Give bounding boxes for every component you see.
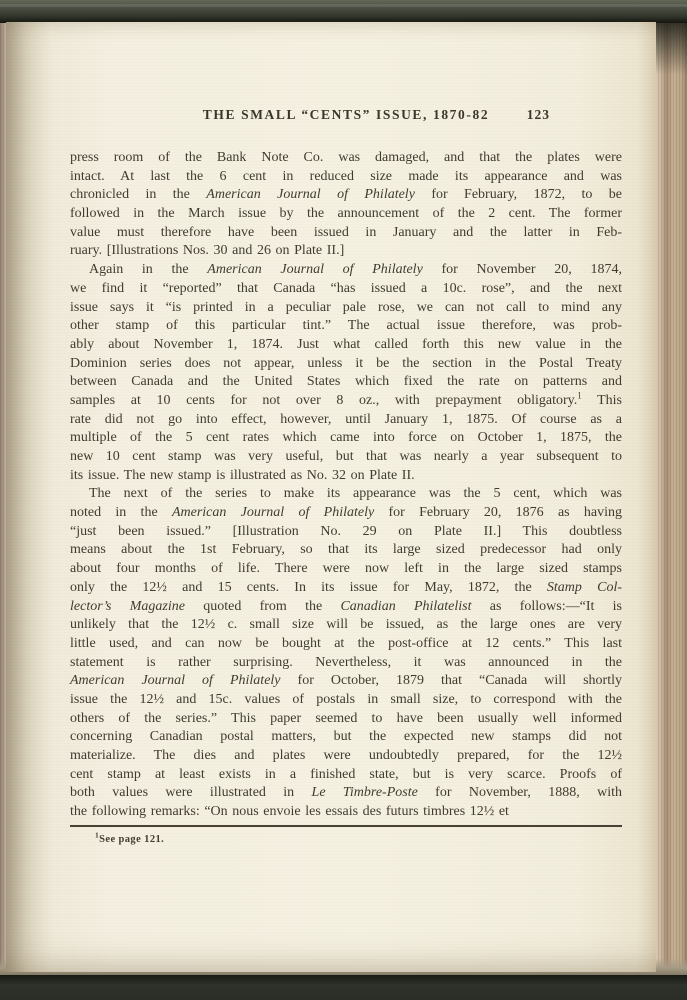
text-line: cent stamp at least exists in a finished… bbox=[70, 766, 622, 785]
text-line: only the 12½ and 15 cents. In its issue … bbox=[70, 579, 622, 598]
text-segment: the following remarks: “On nous envoie l… bbox=[70, 804, 509, 819]
text-segment: its issue. The new stamp is illustrated … bbox=[70, 468, 415, 483]
text-segment: Again in the bbox=[89, 262, 207, 277]
text-segment: for February 20, 1876 as having bbox=[374, 505, 622, 520]
page-title: THE SMALL “CENTS” ISSUE, 1870-82 bbox=[70, 107, 622, 123]
italic-text: American Journal of Philately bbox=[172, 505, 374, 520]
text-line: chronicled in the American Journal of Ph… bbox=[70, 186, 622, 205]
page-fore-edges bbox=[652, 20, 687, 977]
text-segment: for October, 1879 that “Canada will shor… bbox=[281, 673, 622, 688]
text-segment: means about the 1st February, so that it… bbox=[70, 542, 622, 557]
text-line: American Journal of Philately for Octobe… bbox=[70, 672, 622, 691]
text-line: we find it “reported” that Canada “has i… bbox=[70, 280, 622, 299]
text-segment: press room of the Bank Note Co. was dama… bbox=[70, 150, 622, 165]
text-segment: we find it “reported” that Canada “has i… bbox=[70, 281, 622, 296]
text-line: “just been issued.” [Illustration No. 29… bbox=[70, 523, 622, 542]
text-segment: only the 12½ and 15 cents. In its issue … bbox=[70, 580, 547, 595]
text-segment: for November 20, 1874, bbox=[423, 262, 622, 277]
text-line: materialize. The dies and plates were un… bbox=[70, 747, 622, 766]
text-segment: multiple of the 5 cent rates which came … bbox=[70, 430, 622, 445]
footnote-marker: 1 bbox=[95, 830, 99, 839]
italic-text: lector’s Magazine bbox=[70, 599, 185, 614]
italic-text: Le Timbre-Poste bbox=[312, 785, 418, 800]
text-line: value must therefore have been issued in… bbox=[70, 224, 622, 243]
text-segment: noted in the bbox=[70, 505, 172, 520]
text-line: The next of the series to make its appea… bbox=[70, 485, 622, 504]
text-line: unlikely that the 12½ c. small size will… bbox=[70, 616, 622, 635]
text-line: ruary. [Illustrations Nos. 30 and 26 on … bbox=[70, 242, 622, 261]
running-head: THE SMALL “CENTS” ISSUE, 1870-82 123 bbox=[70, 107, 622, 125]
text-segment: both values were illustrated in bbox=[70, 785, 312, 800]
text-segment: intact. At last the 6 cent in reduced si… bbox=[70, 169, 622, 184]
text-segment: concerning Canadian postal matters, but … bbox=[70, 729, 622, 744]
text-segment: as follows:—“It is bbox=[472, 599, 622, 614]
text-segment: others of the series.” This paper seemed… bbox=[70, 711, 622, 726]
text-line: other stamp of this particular tint.” Th… bbox=[70, 317, 622, 336]
text-segment: little used, and can now be bought at th… bbox=[70, 636, 622, 651]
text-segment: value must therefore have been issued in… bbox=[70, 225, 622, 240]
text-segment: other stamp of this particular tint.” Th… bbox=[70, 318, 622, 333]
text-segment: issue the 12½ and 15c. values of postals… bbox=[70, 692, 622, 707]
text-line: statement is rather surprising. Neverthe… bbox=[70, 654, 622, 673]
body-text: press room of the Bank Note Co. was dama… bbox=[70, 149, 622, 845]
text-line: multiple of the 5 cent rates which came … bbox=[70, 429, 622, 448]
text-line: ably about November 1, 1874. Just what c… bbox=[70, 336, 622, 355]
text-line: followed in the March issue by the annou… bbox=[70, 205, 622, 224]
text-segment: new 10 cent stamp was very useful, but t… bbox=[70, 449, 622, 464]
text-segment: for February, 1872, to be bbox=[415, 187, 622, 202]
text-line: new 10 cent stamp was very useful, but t… bbox=[70, 448, 622, 467]
text-line: Again in the American Journal of Philate… bbox=[70, 261, 622, 280]
text-segment: cent stamp at least exists in a finished… bbox=[70, 767, 622, 782]
italic-text: Canadian Philatelist bbox=[340, 599, 471, 614]
fore-edge-top-shadow bbox=[652, 20, 687, 75]
text-line: little used, and can now be bought at th… bbox=[70, 635, 622, 654]
text-line: press room of the Bank Note Co. was dama… bbox=[70, 149, 622, 168]
italic-text: American Journal of Philately bbox=[70, 673, 281, 688]
text-segment: ably about November 1, 1874. Just what c… bbox=[70, 337, 622, 352]
book-page: THE SMALL “CENTS” ISSUE, 1870-82 123 pre… bbox=[6, 22, 656, 972]
text-segment: unlikely that the 12½ c. small size will… bbox=[70, 617, 622, 632]
italic-text: American Journal of Philately bbox=[206, 187, 415, 202]
footnote-reference: 1 bbox=[577, 390, 582, 400]
text-segment: for November, 1888, with bbox=[418, 785, 622, 800]
text-line: concerning Canadian postal matters, but … bbox=[70, 728, 622, 747]
italic-text: Stamp Col- bbox=[547, 580, 622, 595]
text-segment: This bbox=[582, 393, 622, 408]
italic-text: American Journal of Philately bbox=[207, 262, 423, 277]
footnote: 1See page 121. bbox=[70, 834, 622, 845]
text-line: samples at 10 cents for not over 8 oz., … bbox=[70, 392, 622, 411]
text-segment: statement is rather surprising. Neverthe… bbox=[70, 655, 622, 670]
text-segment: followed in the March issue by the annou… bbox=[70, 206, 622, 221]
text-segment: Dominion series does not appear, unless … bbox=[70, 356, 622, 371]
page-number: 123 bbox=[527, 107, 550, 123]
text-segment: materialize. The dies and plates were un… bbox=[70, 748, 622, 763]
text-line: means about the 1st February, so that it… bbox=[70, 541, 622, 560]
text-segment: samples at 10 cents for not over 8 oz., … bbox=[70, 393, 577, 408]
text-line: rate did not go into effect, however, un… bbox=[70, 411, 622, 430]
text-segment: issue says it “is printed in a peculiar … bbox=[70, 300, 622, 315]
text-segment: “just been issued.” [Illustration No. 29… bbox=[70, 524, 622, 539]
text-line: lector’s Magazine quoted from the Canadi… bbox=[70, 598, 622, 617]
text-line: others of the series.” This paper seemed… bbox=[70, 710, 622, 729]
text-segment: The next of the series to make its appea… bbox=[89, 486, 622, 501]
text-line: both values were illustrated in Le Timbr… bbox=[70, 784, 622, 803]
text-line: issue says it “is printed in a peculiar … bbox=[70, 299, 622, 318]
scanned-book-page-photo: THE SMALL “CENTS” ISSUE, 1870-82 123 pre… bbox=[0, 0, 687, 1000]
text-line: its issue. The new stamp is illustrated … bbox=[70, 467, 622, 486]
text-line: about four months of life. There were no… bbox=[70, 560, 622, 579]
text-segment: chronicled in the bbox=[70, 187, 206, 202]
footnote-text: See page 121. bbox=[99, 834, 164, 845]
text-segment: quoted from the bbox=[185, 599, 341, 614]
text-segment: between Canada and the United States whi… bbox=[70, 374, 622, 389]
text-line: between Canada and the United States whi… bbox=[70, 373, 622, 392]
book-binding-bottom bbox=[0, 975, 687, 1000]
text-segment: rate did not go into effect, however, un… bbox=[70, 412, 622, 427]
text-line: issue the 12½ and 15c. values of postals… bbox=[70, 691, 622, 710]
text-segment: ruary. [Illustrations Nos. 30 and 26 on … bbox=[70, 243, 344, 258]
text-line: intact. At last the 6 cent in reduced si… bbox=[70, 168, 622, 187]
binding-highlight bbox=[0, 4, 687, 7]
book-binding-top bbox=[0, 0, 687, 23]
text-segment: about four months of life. There were no… bbox=[70, 561, 622, 576]
text-line: Dominion series does not appear, unless … bbox=[70, 355, 622, 374]
footnote-rule bbox=[70, 825, 622, 827]
text-line: the following remarks: “On nous envoie l… bbox=[70, 803, 622, 822]
text-line: noted in the American Journal of Philate… bbox=[70, 504, 622, 523]
